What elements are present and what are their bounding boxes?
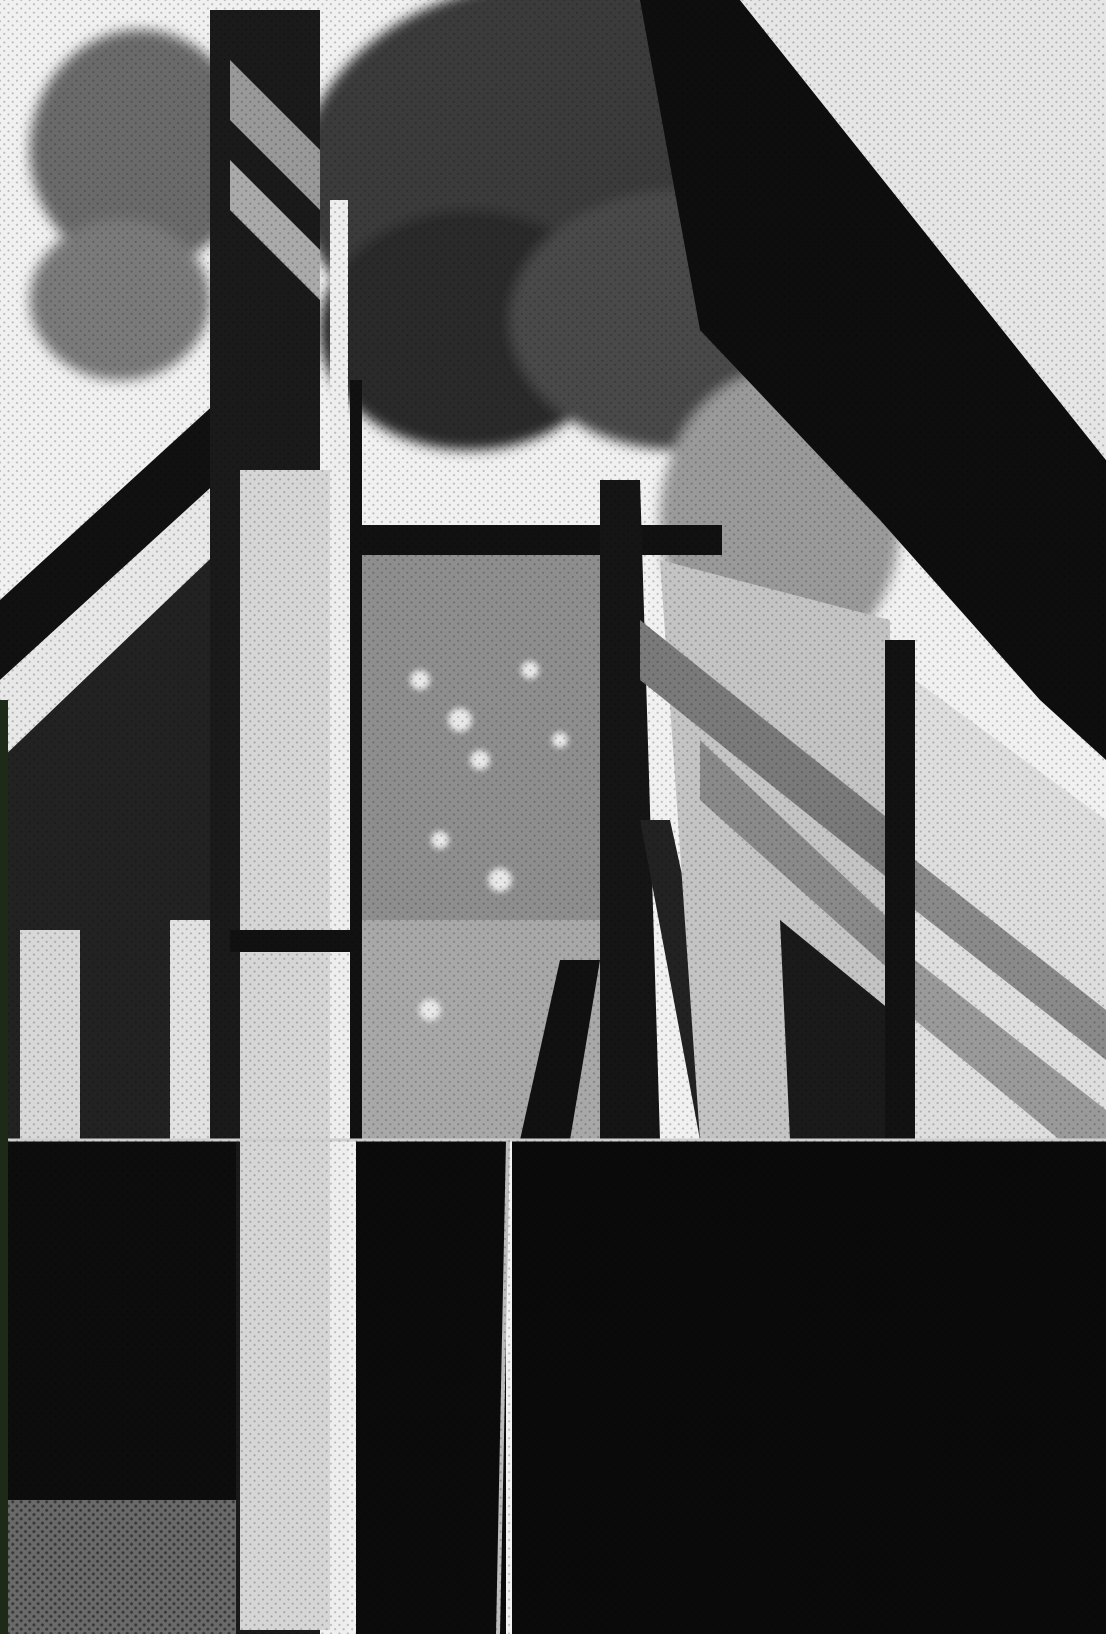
left-edge-strip xyxy=(0,700,8,1634)
halftone-overlay xyxy=(0,0,1106,1634)
photo-canvas xyxy=(0,0,1106,1634)
halftone-photograph xyxy=(0,0,1106,1634)
